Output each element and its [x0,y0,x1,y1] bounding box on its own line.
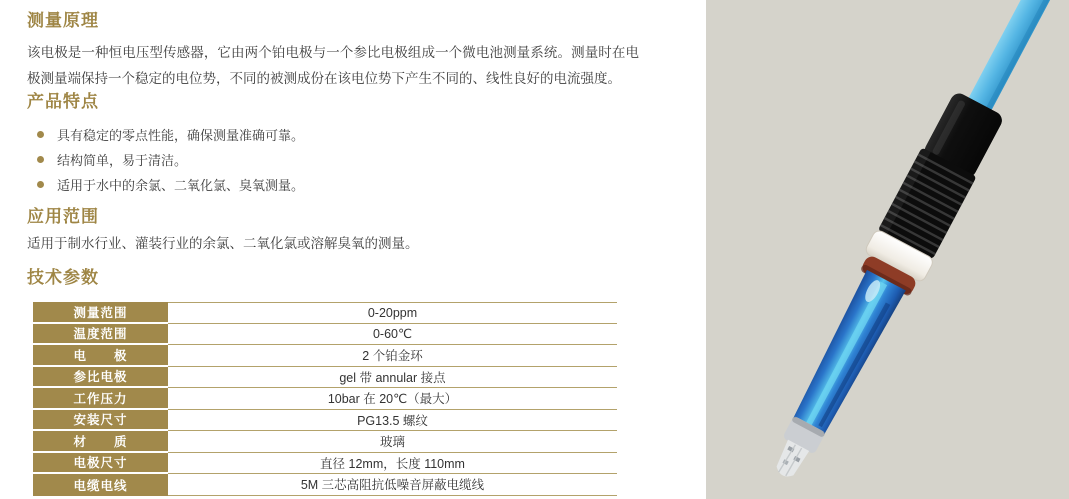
spec-label-cell: 电极尺寸 [33,453,168,475]
section-application-range: 应用范围 适用于制水行业、灌装行业的余氯、二氧化氯或溶解臭氧的测量。 [27,207,645,254]
spec-table-row: 参比电极 gel 带 annular 接点 [33,367,617,389]
spec-value-cell: 0-20ppm [168,302,617,324]
spec-table-row: 安装尺寸 PG13.5 螺纹 [33,410,617,432]
section-measurement-principle: 测量原理 该电极是一种恒电压型传感器，它由两个铂电极与一个参比电极组成一个微电池… [27,11,645,92]
spec-label-cell: 参比电极 [33,367,168,389]
spec-table-row: 工作压力 10bar 在 20℃（最大） [33,388,617,410]
feature-item: 适用于水中的余氯、二氧化氯、臭氧测量。 [27,172,645,197]
section-heading: 应用范围 [27,207,645,227]
spec-value-cell: 2 个铂金环 [168,345,617,367]
section-body: 该电极是一种恒电压型传感器，它由两个铂电极与一个参比电极组成一个微电池测量系统。… [27,40,639,92]
feature-text: 适用于水中的余氯、二氧化氯、臭氧测量。 [57,175,304,194]
product-photo [706,0,1069,499]
spec-value-cell: 0-60℃ [168,324,617,346]
section-heading: 测量原理 [27,11,645,31]
section-technical-parameters: 技术参数 测量范围 0-20ppm 温度范围 0-60℃ 电 极 2 个铂金环 … [27,268,645,496]
spec-label-cell: 材 质 [33,431,168,453]
spec-table-row: 电极尺寸 直径 12mm，长度 110mm [33,453,617,475]
spec-value-cell: 玻璃 [168,431,617,453]
spec-table-row: 测量范围 0-20ppm [33,302,617,324]
spec-value-cell: 10bar 在 20℃（最大） [168,388,617,410]
bullet-icon [37,156,44,163]
spec-table: 测量范围 0-20ppm 温度范围 0-60℃ 电 极 2 个铂金环 参比电极 … [33,302,617,496]
spec-table-row: 温度范围 0-60℃ [33,324,617,346]
feature-item: 具有稳定的零点性能，确保测量准确可靠。 [27,122,645,147]
spec-label-cell: 安装尺寸 [33,410,168,432]
spec-table-row: 材 质 玻璃 [33,431,617,453]
content-column: 测量原理 该电极是一种恒电压型传感器，它由两个铂电极与一个参比电极组成一个微电池… [27,0,645,496]
spec-value-cell: 5M 三芯高阻抗低噪音屏蔽电缆线 [168,474,617,496]
feature-list: 具有稳定的零点性能，确保测量准确可靠。 结构简单，易于清洁。 适用于水中的余氯、… [27,122,645,197]
section-heading: 技术参数 [27,268,645,288]
bullet-icon [37,131,44,138]
spec-table-row: 电 极 2 个铂金环 [33,345,617,367]
section-heading: 产品特点 [27,92,645,112]
spec-value-cell: 直径 12mm，长度 110mm [168,453,617,475]
feature-text: 结构简单，易于清洁。 [57,150,187,169]
page: 测量原理 该电极是一种恒电压型传感器，它由两个铂电极与一个参比电极组成一个微电池… [0,0,1069,499]
section-product-features: 产品特点 具有稳定的零点性能，确保测量准确可靠。 结构简单，易于清洁。 适用于水… [27,92,645,197]
feature-item: 结构简单，易于清洁。 [27,147,645,172]
spec-value-cell: gel 带 annular 接点 [168,367,617,389]
bullet-icon [37,181,44,188]
spec-table-row: 电缆电线 5M 三芯高阻抗低噪音屏蔽电缆线 [33,474,617,496]
electrode-probe-illustration [706,0,1069,499]
spec-label-cell: 电 极 [33,345,168,367]
section-body: 适用于制水行业、灌装行业的余氯、二氧化氯或溶解臭氧的测量。 [27,234,639,254]
spec-value-cell: PG13.5 螺纹 [168,410,617,432]
spec-label-cell: 工作压力 [33,388,168,410]
spec-label-cell: 测量范围 [33,302,168,324]
spec-label-cell: 电缆电线 [33,474,168,496]
spec-label-cell: 温度范围 [33,324,168,346]
feature-text: 具有稳定的零点性能，确保测量准确可靠。 [57,125,304,144]
